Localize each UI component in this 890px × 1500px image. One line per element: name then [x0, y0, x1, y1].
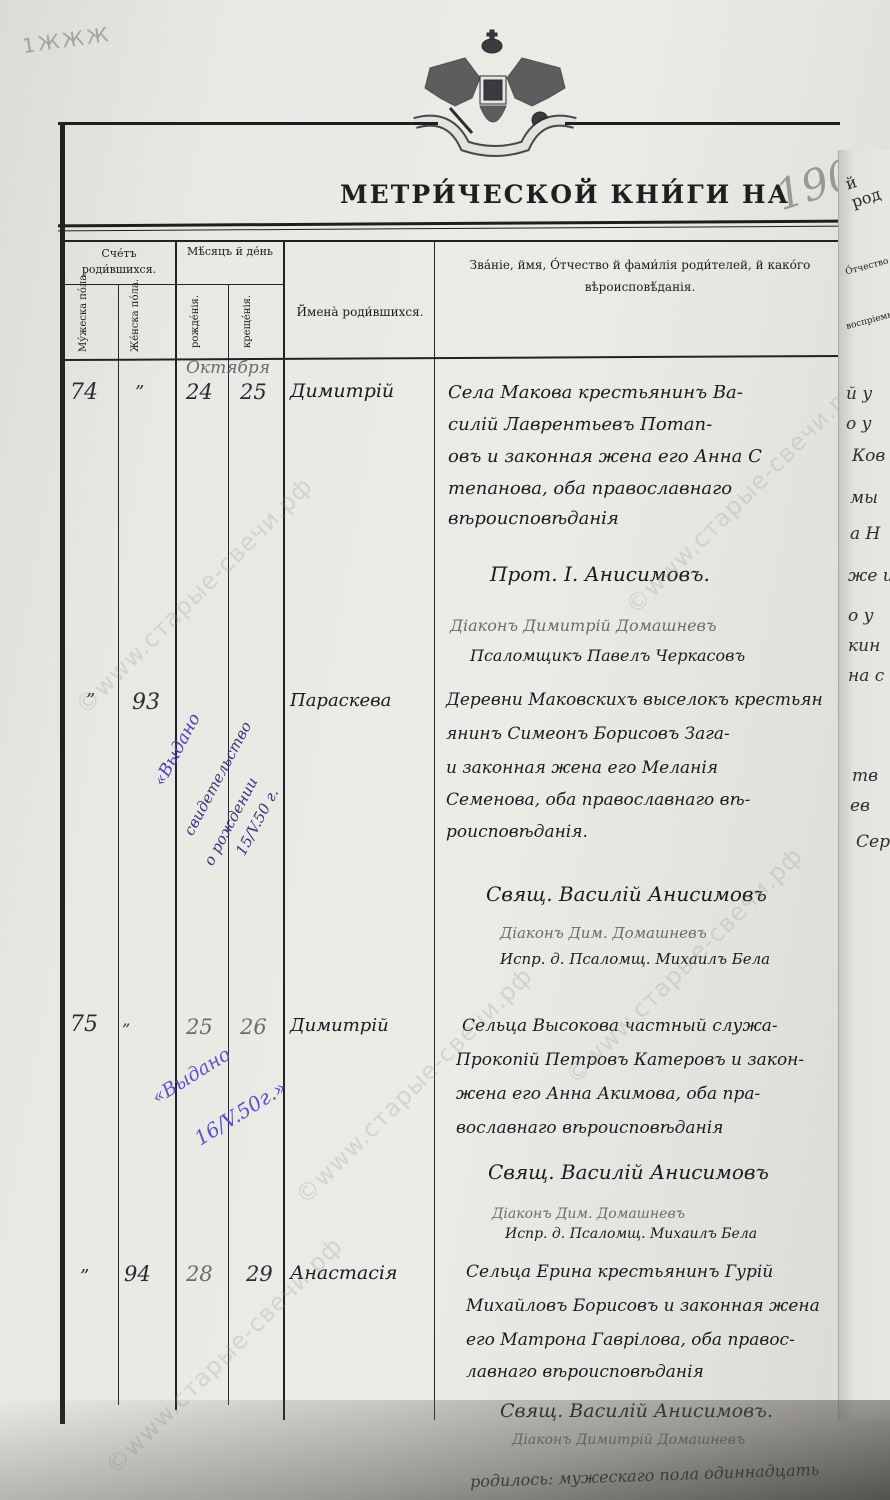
col-divider [118, 285, 119, 1405]
issued-note: «Выдано [150, 710, 205, 789]
parents-line: Прокопій Петровъ Катеровъ и закон- [456, 1050, 804, 1070]
parents-line: и законная жена его Меланія [446, 758, 718, 778]
issued-note: «Выдано [148, 1043, 235, 1108]
signature-deacon: Діаконъ Дим. Домашневъ [500, 924, 707, 942]
row-baptism-day: 29 [246, 1262, 273, 1286]
row-baptism-day: 26 [240, 1015, 267, 1039]
margin-fragment: Ков [852, 446, 885, 466]
parents-line: овъ и законная жена его Анна С [448, 446, 762, 467]
margin-fragment: Сер [856, 832, 890, 852]
margin-fragment: же и [848, 566, 890, 586]
signature-deacon: Діаконъ Димитрій Домашневъ [450, 616, 717, 635]
month-note: Октября [186, 358, 270, 378]
signature-deacon: Діаконъ Дим. Домашневъ [492, 1206, 685, 1222]
header-date-group: Мѣ́сяцъ й де́нь [178, 244, 282, 260]
parents-line: тепанова, оба православнаго [448, 478, 732, 499]
header-count-male: Му́жеска по́ла. [78, 272, 89, 352]
header-date-baptism: креще́нія. [242, 295, 253, 348]
row-birth-day: 25 [186, 1015, 213, 1039]
parents-line: силій Лаврентьевъ Потап- [448, 414, 712, 435]
title-rule-right [565, 122, 840, 125]
margin-fragment: мы [850, 488, 878, 508]
col-divider [434, 240, 435, 1420]
row-female-count: ” [135, 382, 144, 403]
issued-note-date: 16/V.50г.» [190, 1075, 291, 1150]
row-child-name: Параскева [290, 690, 391, 711]
parents-line: жена его Анна Акимова, оба пра- [456, 1084, 760, 1104]
parents-line: Села Макова крестьянинъ Ва- [448, 382, 743, 403]
parents-line: вославнаго вѣроисповѣданія [456, 1118, 723, 1138]
page-title: МЕТРИ́ЧЕСКОЙ КНИ́ГИ НА [340, 180, 790, 209]
margin-fragment: а Н [850, 524, 880, 544]
signature-priest: Свящ. Василій Анисимовъ [488, 1160, 769, 1184]
margin-fragment: кин [848, 636, 880, 656]
watermark: ©www.старые-свечи.рф [70, 472, 318, 720]
row-child-name: Димитрій [290, 380, 394, 402]
row-birth-day: 24 [186, 380, 213, 404]
parents-line: лавнаго вѣроисповѣданія [466, 1362, 704, 1382]
header-sub-rule [62, 284, 284, 285]
row-male-count: 75 [70, 1012, 98, 1037]
col-divider [175, 240, 177, 1410]
header-names: Ймена̀ роди́вшихся. [286, 305, 434, 319]
parents-line: Сельца Ерина крестьянинъ Гурій [466, 1262, 773, 1282]
header-count-female: Же́нска по́ла. [130, 279, 141, 352]
header-bottom-rule [62, 355, 842, 361]
row-child-name: Димитрій [290, 1015, 389, 1036]
row-female-count: 93 [132, 690, 160, 715]
row-baptism-day: 25 [240, 380, 267, 404]
header-parents: Зва́ніе, ймя, О́тчество й фами́лія род… [440, 254, 840, 298]
signature-psalmist: Псаломщикъ Павелъ Черкасовъ [470, 646, 745, 665]
row-birth-day: 28 [186, 1262, 213, 1286]
title-rule-left [58, 122, 438, 125]
parents-line: Семенова, оба православнаго вѣ- [446, 790, 750, 810]
row-female-count: ” [122, 1020, 130, 1039]
row-female-count: 94 [124, 1262, 151, 1286]
signature-psalmist: Испр. д. Псаломщ. Михаилъ Бела [505, 1226, 757, 1242]
margin-fragment: на с [848, 666, 884, 686]
parents-line: его Матрона Гаврілова, оба правос- [466, 1330, 795, 1350]
header-top-rule [62, 240, 842, 242]
table-border-left [60, 124, 65, 1424]
register-page: 1ЖЖЖ МЕТРИ́ЧЕСКОЙ КНИ́ГИ НА 190 [0, 0, 890, 1500]
parents-line: вѣроисповѣданія [448, 508, 619, 529]
row-male-count: ” [80, 1266, 89, 1287]
parents-line: янинъ Симеонъ Борисовъ Зага- [446, 724, 730, 744]
row-male-count: 74 [70, 380, 98, 405]
double-headed-eagle-icon [410, 28, 580, 158]
margin-fragment: ев [850, 796, 870, 816]
margin-fragment: тв [852, 766, 878, 786]
corner-pencil-mark: 1ЖЖЖ [21, 22, 113, 58]
parents-line: роисповѣданія. [446, 822, 588, 842]
col-divider [283, 240, 285, 1420]
margin-fragment: й у [846, 384, 872, 404]
margin-fragment: о у [846, 414, 872, 434]
parents-line: Деревни Маковскихъ выселокъ крестьян [446, 690, 823, 710]
header-date-birth: рожде́нія. [190, 295, 201, 348]
parents-line: Михайловъ Борисовъ и законная жена [466, 1296, 820, 1316]
margin-fragment: о у [848, 606, 874, 626]
signature-priest: Свящ. Василій Анисимовъ [486, 882, 767, 906]
page-curl-shadow [0, 1400, 890, 1500]
signature-psalmist: Испр. д. Псаломщ. Михаилъ Бела [500, 950, 770, 968]
